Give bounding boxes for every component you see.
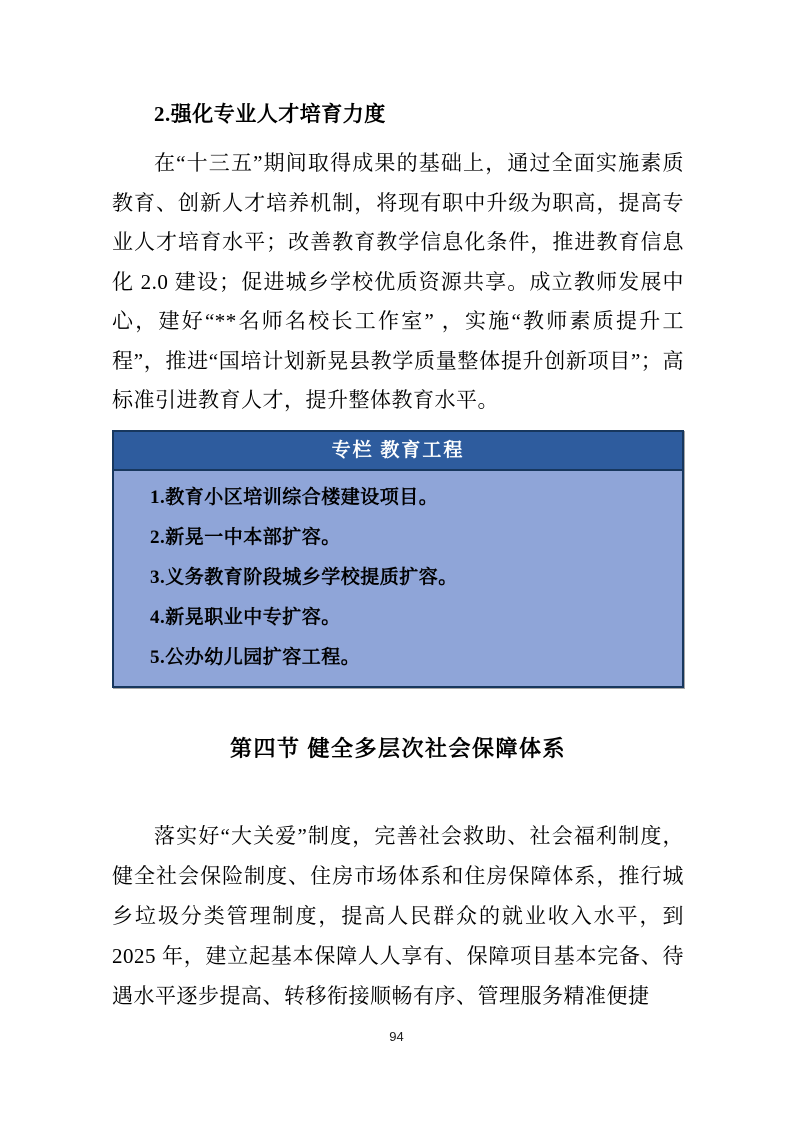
paragraph-social-security: 落实好“大关爱”制度，完善社会救助、社会福利制度，健全社会保险制度、住房市场体系… <box>112 816 684 1016</box>
list-item: 5.公办幼儿园扩容工程。 <box>150 638 666 678</box>
section-heading: 第四节 健全多层次社会保障体系 <box>112 736 684 762</box>
feature-box-title: 专栏 教育工程 <box>114 432 682 471</box>
list-item: 4.新晃职业中专扩容。 <box>150 598 666 638</box>
list-item: 2.新晃一中本部扩容。 <box>150 518 666 558</box>
paragraph-education: 在“十三五”期间取得成果的基础上，通过全面实施素质教育、创新人才培养机制，将现有… <box>112 144 684 421</box>
page-number: 94 <box>0 1029 793 1044</box>
subsection-heading: 2.强化专业人才培育力度 <box>112 102 684 126</box>
list-item: 3.义务教育阶段城乡学校提质扩容。 <box>150 558 666 598</box>
feature-box-education-projects: 专栏 教育工程 1.教育小区培训综合楼建设项目。 2.新晃一中本部扩容。 3.义… <box>112 430 684 688</box>
feature-box-body: 1.教育小区培训综合楼建设项目。 2.新晃一中本部扩容。 3.义务教育阶段城乡学… <box>114 471 682 686</box>
document-page: 2.强化专业人才培育力度 在“十三五”期间取得成果的基础上，通过全面实施素质教育… <box>0 0 793 1122</box>
list-item: 1.教育小区培训综合楼建设项目。 <box>150 478 666 518</box>
page-content: 2.强化专业人才培育力度 在“十三五”期间取得成果的基础上，通过全面实施素质教育… <box>112 102 684 1016</box>
